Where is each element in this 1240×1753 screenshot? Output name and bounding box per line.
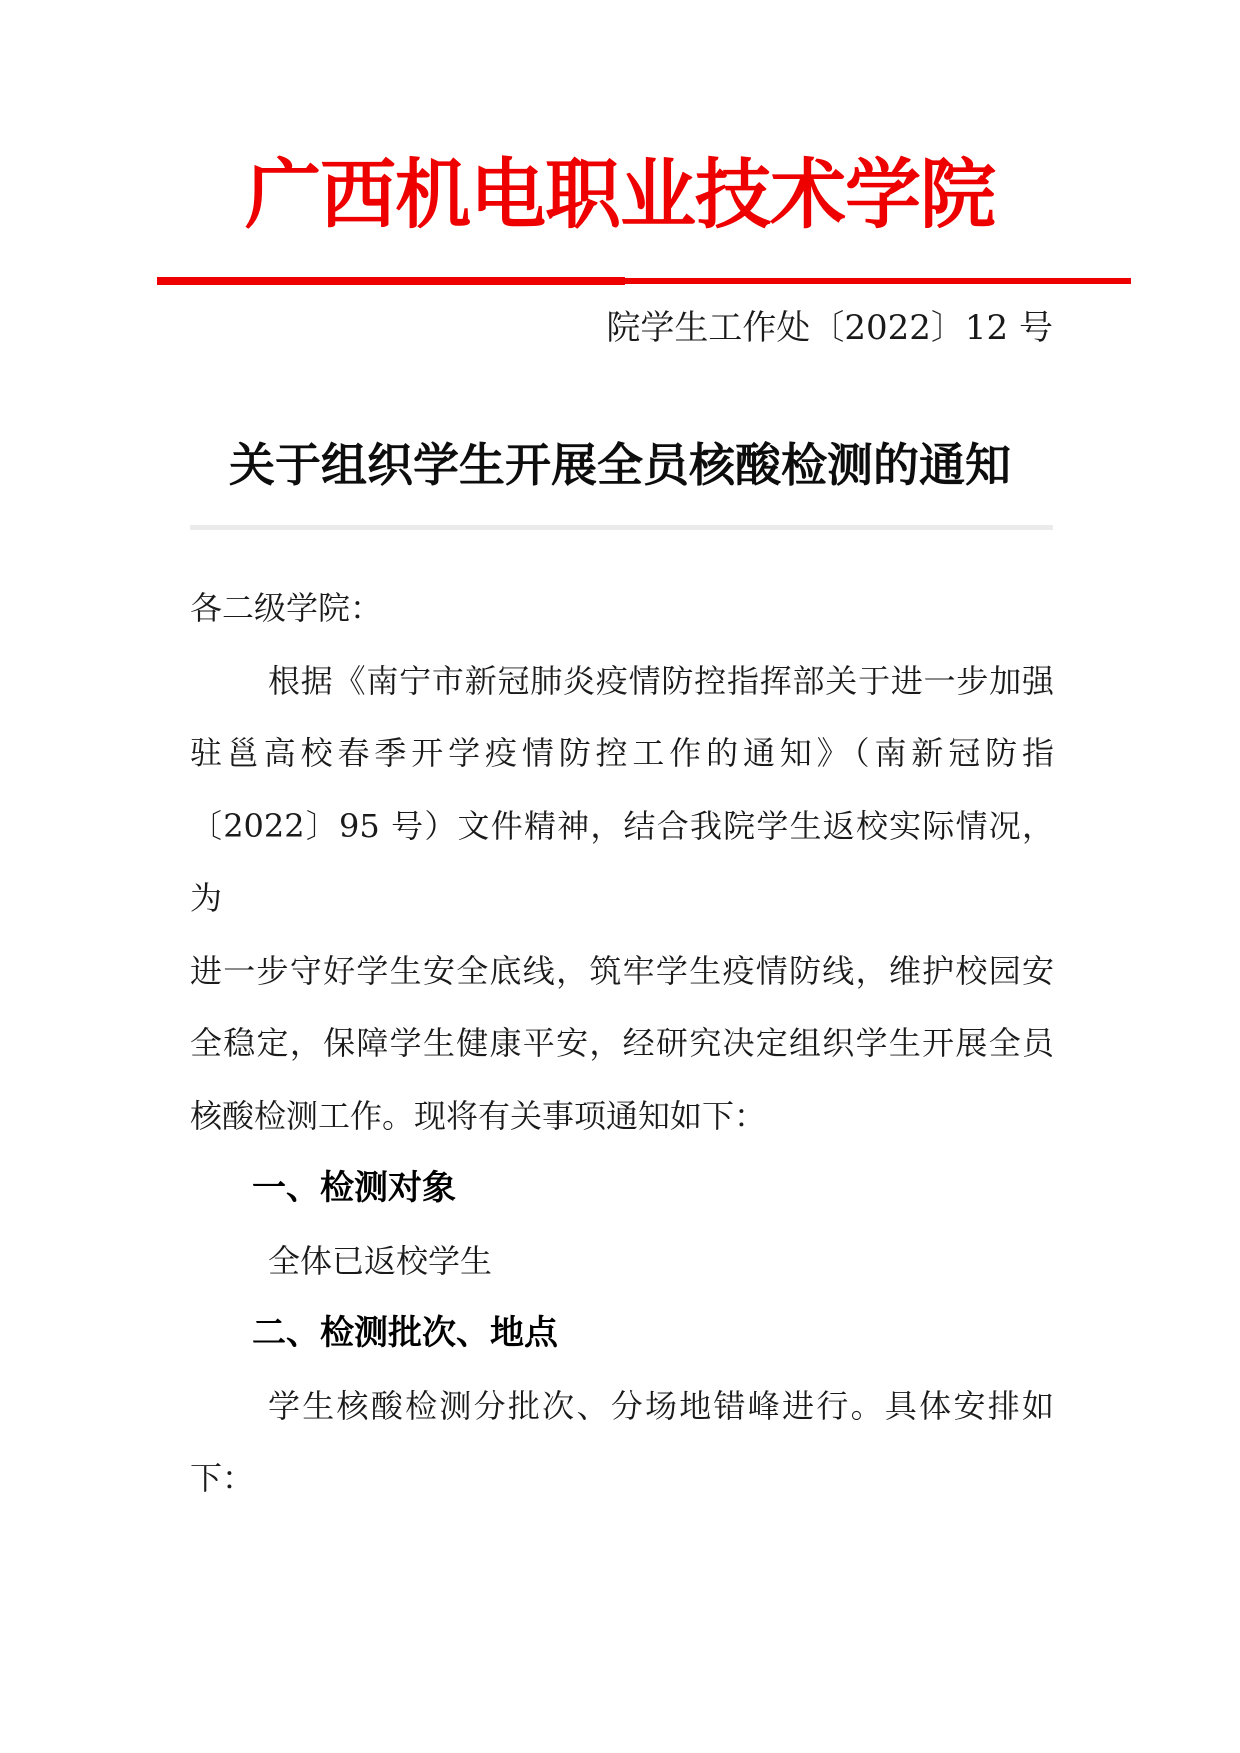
notice-body: 各二级学院： 根据《南宁市新冠肺炎疫情防控指挥部关于进一步加强 驻邕高校春季开学… [190,572,1054,1515]
paragraph-line: 下： [190,1442,1054,1515]
document-number: 院学生工作处〔2022〕12 号 [606,306,1053,350]
paragraph-line: 核酸检测工作。现将有关事项通知如下： [190,1080,1054,1153]
paragraph-line: 〔2022〕95 号）文件精神，结合我院学生返校实际情况，为 [190,790,1054,935]
section-heading-1: 一、检测对象 [190,1152,1054,1225]
paragraph-line: 根据《南宁市新冠肺炎疫情防控指挥部关于进一步加强 [190,645,1054,718]
notice-title: 关于组织学生开展全员核酸检测的通知 [0,438,1240,492]
paragraph-line: 学生核酸检测分批次、分场地错峰进行。具体安排如 [190,1370,1054,1443]
paragraph-line: 驻邕高校春季开学疫情防控工作的通知》（南新冠防指 [190,717,1054,790]
section-heading-2: 二、检测批次、地点 [190,1297,1054,1370]
salutation-line: 各二级学院： [190,572,1054,645]
paragraph-line: 全稳定，保障学生健康平安，经研究决定组织学生开展全员 [190,1007,1054,1080]
red-rule-right-segment [625,278,1131,284]
notice-document-page: 广西机电职业技术学院 院学生工作处〔2022〕12 号 关于组织学生开展全员核酸… [0,0,1240,1753]
school-name-letterhead: 广西机电职业技术学院 [0,155,1240,235]
red-rule-left-segment [157,277,625,285]
paragraph-line: 进一步守好学生安全底线，筑牢学生疫情防线，维护校园安 [190,935,1054,1008]
title-divider-line [190,525,1053,530]
paragraph-line: 全体已返校学生 [190,1225,1054,1298]
